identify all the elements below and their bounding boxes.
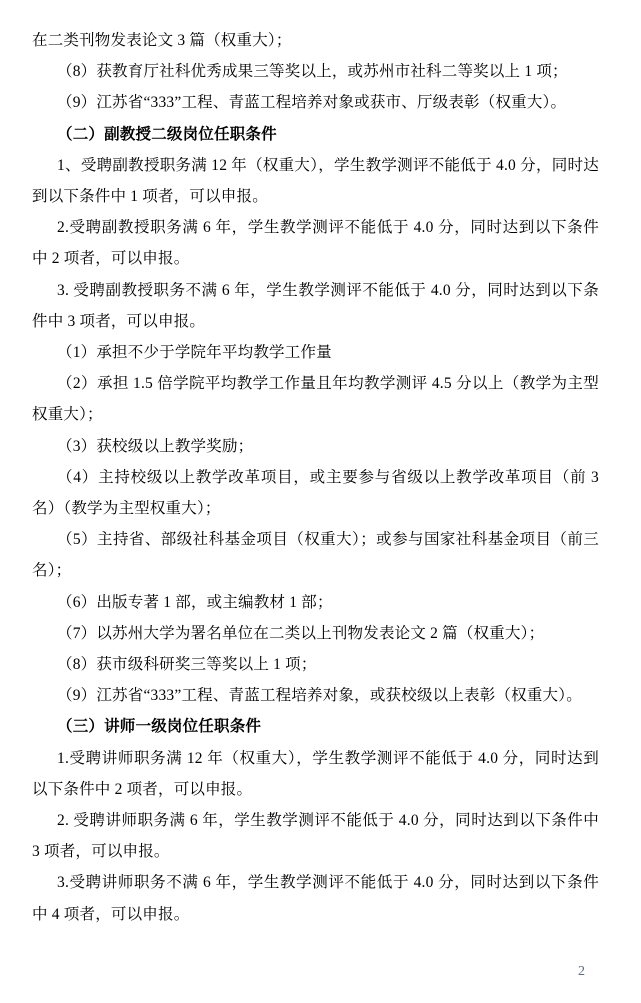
section-heading-lecturer-level1: （三）讲师一级岗位任职条件 [32,711,599,742]
paragraph-item-1: （1）承担不少于学院年平均教学工作量 [32,337,599,368]
paragraph-item-3: （3）获校级以上教学奖励； [32,431,599,462]
section-heading-associate-professor-level2: （二）副教授二级岗位任职条件 [32,119,599,150]
paragraph-item-9b: （9）江苏省“333”工程、青蓝工程培养对象，或获校级以上表彰（权重大）。 [32,680,599,711]
paragraph-item-8: （8）获教育厅社科优秀成果三等奖以上，或苏州市社科二等奖以上 1 项； [32,56,599,87]
paragraph-item-5: （5）主持省、部级社科基金项目（权重大）；或参与国家社科基金项目（前三名）； [32,524,599,586]
paragraph-item-4: （4）主持校级以上教学改革项目，或主要参与省级以上教学改革项目（前 3 名）（教… [32,462,599,524]
document-body: 在二类刊物发表论文 3 篇（权重大）； （8）获教育厅社科优秀成果三等奖以上，或… [32,25,599,930]
paragraph-item-9: （9）江苏省“333”工程、青蓝工程培养对象或获市、厅级表彰（权重大）。 [32,87,599,118]
document-page: 在二类刊物发表论文 3 篇（权重大）； （8）获教育厅社科优秀成果三等奖以上，或… [0,0,641,1003]
page-number: 2 [578,964,585,980]
paragraph-continuation: 在二类刊物发表论文 3 篇（权重大）； [32,25,599,56]
paragraph-item-2: （2）承担 1.5 倍学院平均教学工作量且年均教学测评 4.5 分以上（教学为主… [32,368,599,430]
paragraph-item-7: （7）以苏州大学为署名单位在二类以上刊物发表论文 2 篇（权重大）； [32,618,599,649]
paragraph-condition-3b: 3.受聘讲师职务不满 6 年，学生教学测评不能低于 4.0 分，同时达到以下条件… [32,867,599,929]
paragraph-condition-1: 1、受聘副教授职务满 12 年（权重大），学生教学测评不能低于 4.0 分，同时… [32,150,599,212]
paragraph-condition-2: 2.受聘副教授职务满 6 年，学生教学测评不能低于 4.0 分，同时达到以下条件… [32,212,599,274]
paragraph-condition-1b: 1.受聘讲师职务满 12 年（权重大），学生教学测评不能低于 4.0 分，同时达… [32,743,599,805]
paragraph-condition-3: 3. 受聘副教授职务不满 6 年，学生教学测评不能低于 4.0 分，同时达到以下… [32,275,599,337]
paragraph-item-6: （6）出版专著 1 部，或主编教材 1 部； [32,587,599,618]
paragraph-condition-2b: 2. 受聘讲师职务满 6 年，学生教学测评不能低于 4.0 分，同时达到以下条件… [32,805,599,867]
paragraph-item-8b: （8）获市级科研奖三等奖以上 1 项； [32,649,599,680]
